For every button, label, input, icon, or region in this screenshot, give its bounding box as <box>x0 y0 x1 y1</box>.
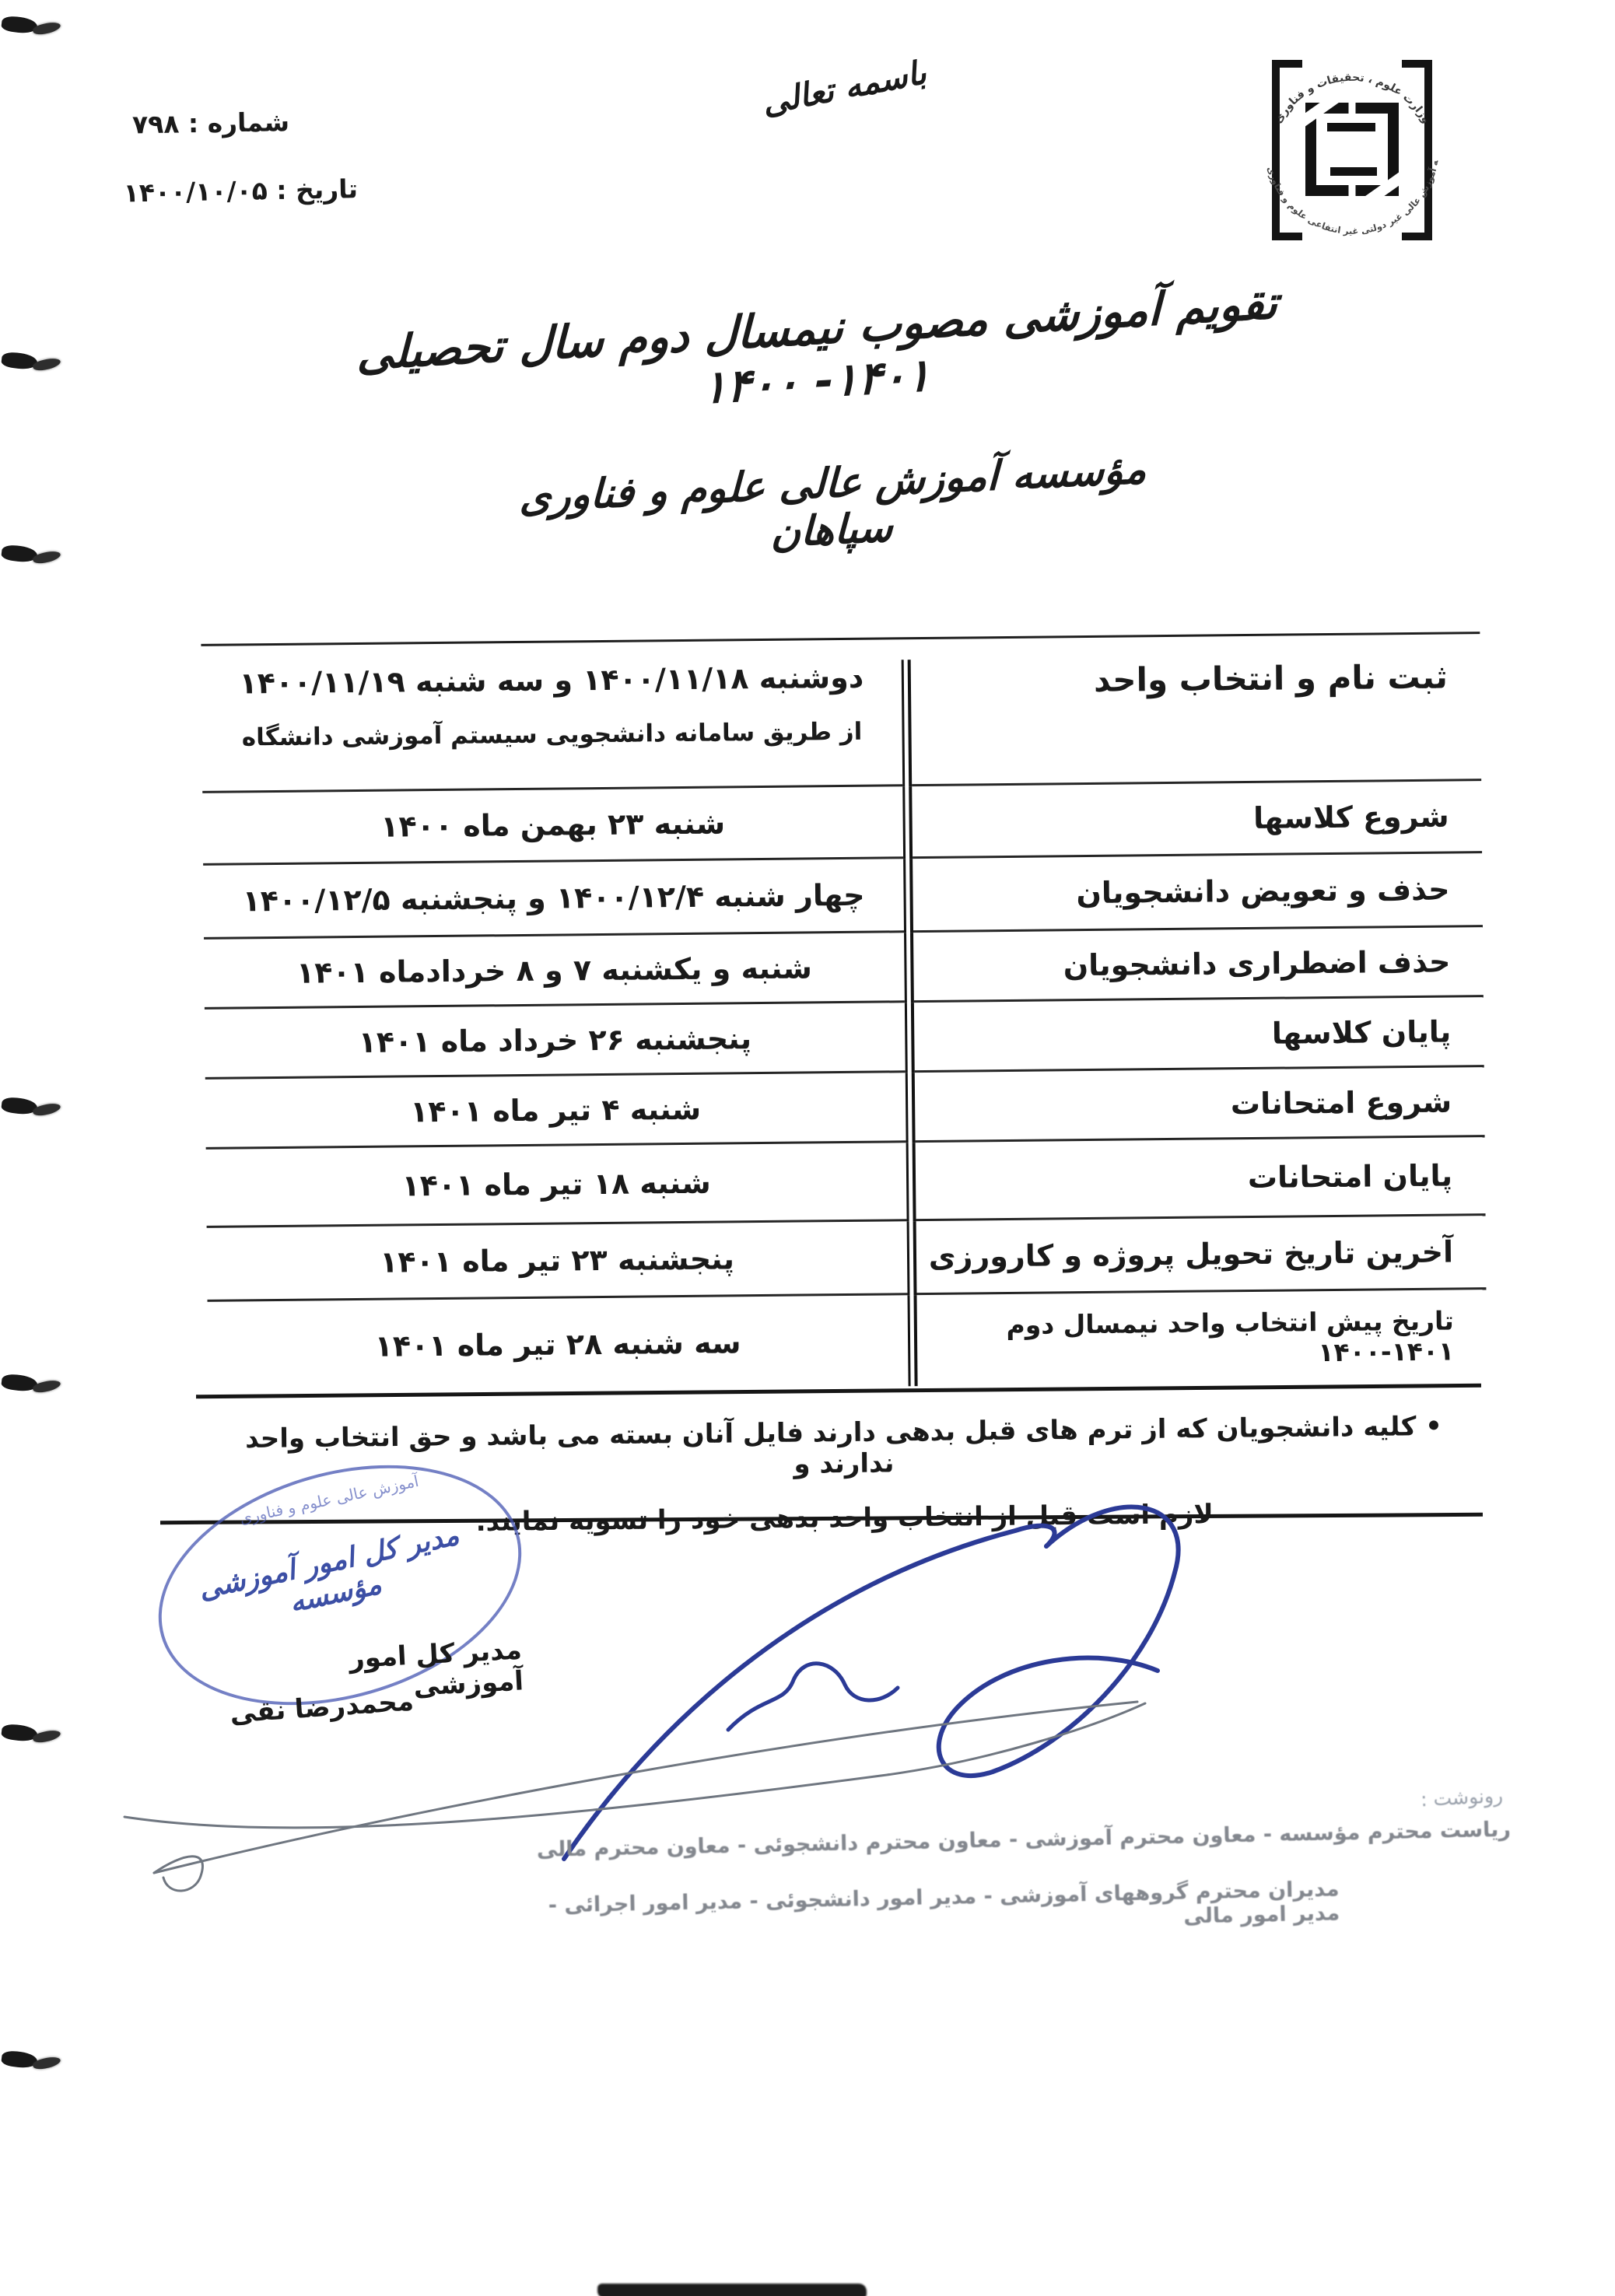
punch-hole-mark <box>0 348 70 380</box>
doc-number: شماره : ۷۹۸ <box>132 105 359 139</box>
table-row: تاریخ پیش انتخاب واحد نیمسال دوم ۱۴۰۱-۱۴… <box>208 1290 1487 1393</box>
column-divider <box>902 786 913 859</box>
row-label: پایان امتحانات <box>916 1137 1486 1221</box>
table-row: آخرین تاریخ تحویل پروژه و کارورزی پنجشنب… <box>207 1216 1487 1302</box>
column-divider <box>903 859 913 933</box>
table-row: حذف و تعویض دانشجویان چهار شنبه ۱۴۰۰/۱۲/… <box>203 853 1483 940</box>
scanned-document-page: شماره : ۷۹۸ تاریخ : ۱۴۰۰/۱۰/۰۵ باسمه تعا… <box>0 0 1615 2296</box>
row-value: شنبه ۱۸ تیر ماه ۱۴۰۱ <box>206 1143 907 1228</box>
row-label: شروع کلاسها <box>912 781 1482 859</box>
row-label: تاریخ پیش انتخاب واحد نیمسال دوم ۱۴۰۱-۱۴… <box>916 1290 1487 1386</box>
table-row: شروع کلاسها شنبه ۲۳ بهمن ماه ۱۴۰۰ <box>202 781 1482 866</box>
row-value: شنبه ۴ تیر ماه ۱۴۰۱ <box>205 1073 906 1150</box>
column-divider <box>906 1143 916 1221</box>
punch-hole-mark <box>0 12 70 44</box>
row-value: دوشنبه ۱۴۰۰/۱۱/۱۸ و سه شنبه ۱۴۰۰/۱۱/۱۹ ا… <box>201 639 902 793</box>
basmala-text: باسمه تعالی <box>741 50 948 126</box>
emblem-graphic: وزارت علوم ، تحقیقات و فناوری مؤسسه آموز… <box>1235 33 1469 266</box>
row-value: پنجشنبه ۲۶ خرداد ماه ۱۴۰۱ <box>205 1003 906 1080</box>
column-divider <box>907 1221 917 1295</box>
column-divider <box>906 1073 916 1143</box>
row-value: شنبه و یکشنبه ۷ و ۸ خردادماه ۱۴۰۱ <box>204 933 905 1010</box>
row-label: پایان کلاسها <box>914 997 1484 1073</box>
table-row: ثبت نام و انتخاب واحد دوشنبه ۱۴۰۰/۱۱/۱۸ … <box>201 634 1481 793</box>
doc-date: تاریخ : ۱۴۰۰/۱۰/۰۵ <box>109 173 359 208</box>
institute-name-title: مؤسسه آموزش عالی علوم و فناوری سپاهان <box>458 443 1207 571</box>
row-value: چهار شنبه ۱۴۰۰/۱۲/۴ و پنجشنبه ۱۴۰۰/۱۲/۵ <box>203 859 904 940</box>
punch-hole-mark <box>0 2047 70 2078</box>
punch-hole-mark <box>0 541 70 572</box>
row-label: شروع امتحانات <box>915 1067 1485 1143</box>
emblem-square-mark <box>1301 96 1403 202</box>
row-value: پنجشنبه ۲۳ تیر ماه ۱۴۰۱ <box>207 1221 908 1302</box>
table-row: شروع امتحانات شنبه ۴ تیر ماه ۱۴۰۱ <box>205 1067 1485 1150</box>
row-value: شنبه ۲۳ بهمن ماه ۱۴۰۰ <box>202 786 903 866</box>
punch-hole-mark <box>0 1370 70 1402</box>
punch-hole-mark <box>0 1720 70 1752</box>
table-row: پایان کلاسها پنجشنبه ۲۶ خرداد ماه ۱۴۰۱ <box>205 997 1484 1080</box>
row-label: حذف و تعویض دانشجویان <box>913 853 1483 933</box>
row-value-line2: از طریق سامانه دانشجویی سیستم آموزشی دان… <box>242 718 863 752</box>
table-row: پایان امتحانات شنبه ۱۸ تیر ماه ۱۴۰۱ <box>206 1137 1486 1228</box>
row-label: آخرین تاریخ تحویل پروژه و کارورزی <box>916 1216 1487 1295</box>
emblem-top-caption: وزارت علوم ، تحقیقات و فناوری <box>1272 72 1432 126</box>
punch-hole-mark <box>0 1094 70 1125</box>
row-label: حذف اضطراری دانشجویان <box>913 927 1484 1003</box>
institute-emblem: وزارت علوم ، تحقیقات و فناوری مؤسسه آموز… <box>1235 33 1469 266</box>
table-row: حذف اضطراری دانشجویان شنبه و یکشنبه ۷ و … <box>204 927 1484 1010</box>
calendar-table: ثبت نام و انتخاب واحد دوشنبه ۱۴۰۰/۱۱/۱۸ … <box>201 632 1487 1393</box>
row-value-line1: دوشنبه ۱۴۰۰/۱۱/۱۸ و سه شنبه ۱۴۰۰/۱۱/۱۹ <box>239 660 864 701</box>
row-label: ثبت نام و انتخاب واحد <box>910 634 1481 786</box>
copy-to-label: رونوشت : <box>1378 1784 1503 1813</box>
column-divider <box>904 933 914 1003</box>
document-title: تقویم آموزشی مصوب نیمسال دوم سال تحصیلی … <box>311 274 1322 436</box>
column-divider <box>907 1295 917 1386</box>
column-divider <box>905 1003 915 1073</box>
column-divider <box>902 660 913 786</box>
row-value: سه شنبه ۲۸ تیر ماه ۱۴۰۱ <box>208 1295 909 1393</box>
scan-edge-artifact <box>597 2284 867 2296</box>
